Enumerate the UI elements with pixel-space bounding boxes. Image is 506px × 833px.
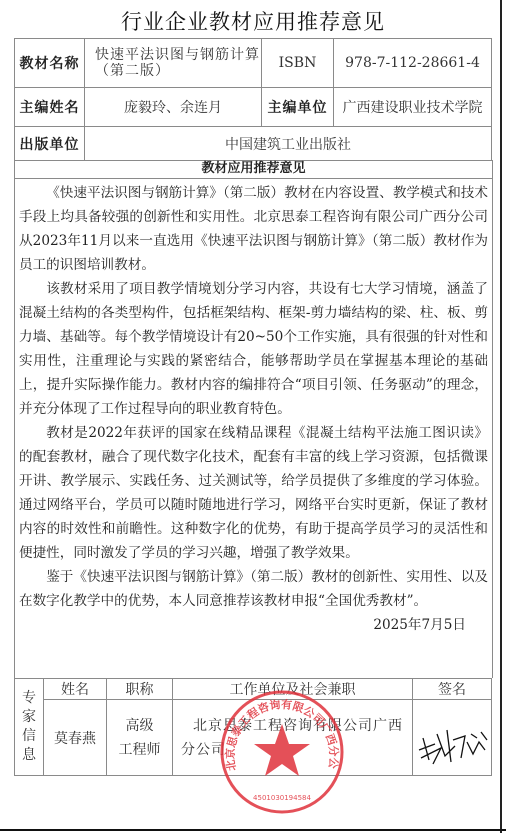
editor-label: 主编姓名 <box>15 88 85 127</box>
recommendation-date: 2025年7月5日 <box>15 613 492 637</box>
expert-section-label: 专家信息 <box>15 679 44 776</box>
isbn-label: ISBN <box>262 39 334 88</box>
header-unit: 工作单位及社会兼职 <box>173 679 413 700</box>
editor-value: 庞毅玲、余连月 <box>85 88 262 127</box>
editor-unit-value: 广西建设职业技术学院 <box>334 88 492 127</box>
recommendation-section: 教材应用推荐意见 《快速平法识图与钢筋计算》（第二版）教材在内容设置、教学模式和… <box>14 160 493 678</box>
recommendation-body: 《快速平法识图与钢筋计算》（第二版）教材在内容设置、教学模式和技术手段上均具备较… <box>15 179 492 613</box>
paragraph-1: 《快速平法识图与钢筋计算》（第二版）教材在内容设置、教学模式和技术手段上均具备较… <box>19 181 488 277</box>
recommendation-heading: 教材应用推荐意见 <box>15 160 492 179</box>
paragraph-4: 鉴于《快速平法识图与钢筋计算》（第二版）教材的创新性、实用性、以及在数字化教学中… <box>19 565 488 613</box>
header-signature: 签名 <box>413 679 492 700</box>
book-info-table: 教材名称 快速平法识图与钢筋计算 （第二版） ISBN 978-7-112-28… <box>14 38 492 161</box>
expert-title: 高级 工程师 <box>107 700 173 776</box>
isbn-value: 978-7-112-28661-4 <box>334 39 492 88</box>
handwritten-signature <box>415 720 493 768</box>
expert-unit: 北京思泰工程咨询有限公司广西 分公司 <box>173 700 413 776</box>
editor-unit-label: 主编单位 <box>262 88 334 127</box>
svg-text:4501030194584: 4501030194584 <box>253 794 311 802</box>
book-name-line1: 快速平法识图与钢筋计算 <box>95 47 261 63</box>
publisher-value: 中国建筑工业出版社 <box>85 127 492 161</box>
header-title: 职称 <box>107 679 173 700</box>
paragraph-2: 该教材采用了项目教学情境划分学习内容，共设有七大学习情境，涵盖了混凝土结构的各类… <box>19 277 488 421</box>
paragraph-3: 教材是2022年获评的国家在线精品课程《混凝土结构平法施工图识读》的配套教材，融… <box>19 421 488 565</box>
book-name-value: 快速平法识图与钢筋计算 （第二版） <box>85 39 262 88</box>
expert-name: 莫春燕 <box>44 700 107 776</box>
book-name-line2: （第二版） <box>95 63 261 79</box>
book-name-label: 教材名称 <box>15 39 85 88</box>
document-title: 行业企业教材应用推荐意见 <box>0 6 506 36</box>
publisher-label: 出版单位 <box>15 127 85 161</box>
page-edge-right <box>500 0 502 833</box>
page-edge-bottom <box>0 829 506 831</box>
header-name: 姓名 <box>44 679 107 700</box>
